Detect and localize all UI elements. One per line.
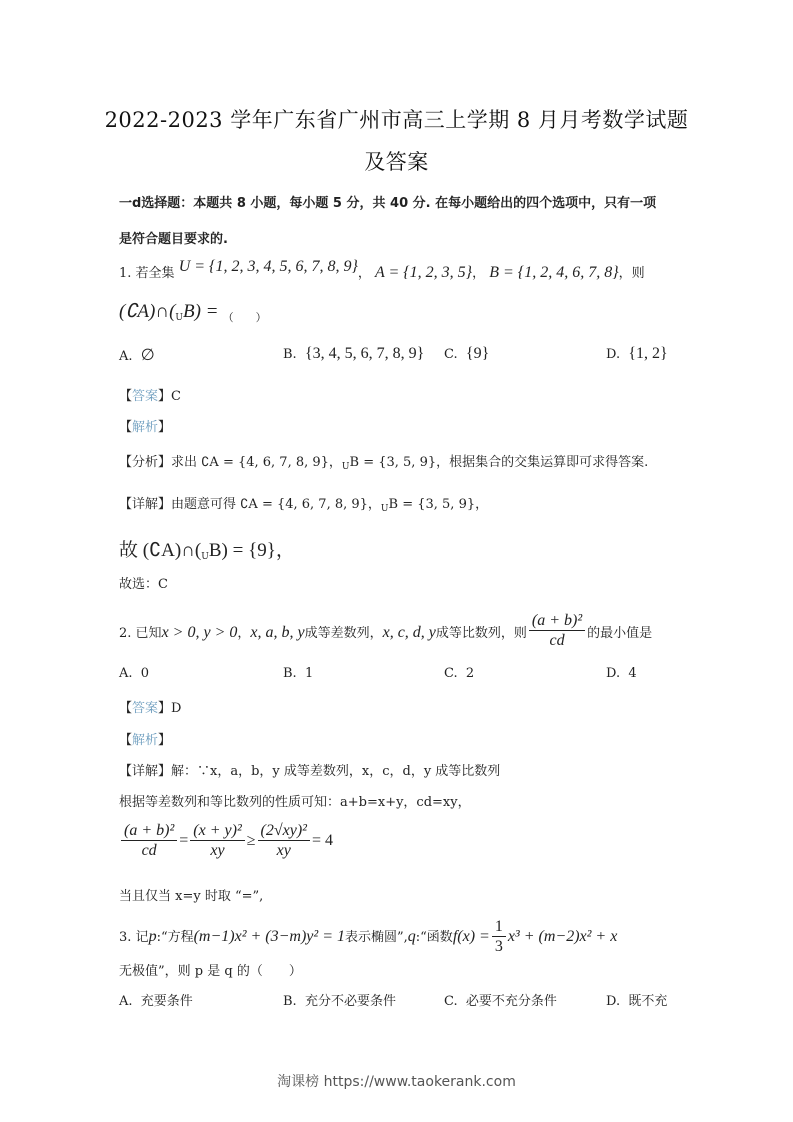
q2-analysis-header: 【解析】 [119,729,171,748]
q1-detail-label: 【详解】 [119,497,171,512]
q3-option-d: D. 既不充 [606,990,667,1009]
q1-option-c: C. {9} [444,345,489,363]
doc-title-line1: 2022-2023 学年广东省广州市高三上学期 8 月月考数学试题 [0,104,793,134]
q1-stem-line2: (∁A)∩(UB) = （ ） [119,300,267,323]
section-header-line2: 是符合题目要求的. [119,228,228,247]
q1-option-b: B. {3, 4, 5, 6, 7, 8, 9} [283,345,424,363]
q1-number: 1. [119,266,131,281]
q1-set-u: U = {1, 2, 3, 4, 5, 6, 7, 8, 9} [179,258,358,275]
q1-answer-label: 答案 [132,389,158,404]
q1-fenxi-label: 【分析】 [119,455,171,470]
q1-answer: 【答案】C [119,385,181,404]
footer-watermark: 淘课榜 https://www.taokerank.com [0,1071,793,1091]
doc-title-line2: 及答案 [0,146,793,176]
q2-answer: 【答案】D [119,697,181,716]
q1-set-a: A = {1, 2, 3, 5} [375,264,472,281]
q1-option-a: A. ∅ [119,345,155,365]
q1-stem-prefix: 若全集 [136,266,175,281]
q1-blank: （ ） [223,311,267,324]
q2-fraction: (a + b)²cd [529,612,585,651]
q2-equation: (a + b)²cd=(x + y)²xy≥(2√xy)²xy= 4 [119,822,333,861]
section-header-line1: 一d选择题：本题共 8 小题，每小题 5 分，共 40 分. 在每小题给出的四个… [119,192,656,211]
q2-option-c: C. 2 [444,666,474,681]
q2-equality-note: 当且仅当 x=y 时取 “=”, [119,885,263,904]
q1-answer-value: C [171,389,181,404]
q3-option-a: A. 充要条件 [119,990,193,1009]
q2-option-d: D. 4 [606,666,637,681]
q1-stem: 1. 若全集 U = {1, 2, 3, 4, 5, 6, 7, 8, 9}， … [119,262,645,282]
q1-option-d: D. {1, 2} [606,345,668,363]
exam-page: 2022-2023 学年广东省广州市高三上学期 8 月月考数学试题 及答案 一d… [0,0,793,1122]
q1-therefore: 故 (∁A)∩(UB) = {9}， [119,535,295,562]
q3-stem-line2: 无极值”，则 p 是 q 的（ ） [119,960,302,979]
q1-fenxi: 【分析】求出 ∁A = {4, 6, 7, 8, 9}，UB = {3, 5, … [119,451,648,472]
q3-stem: 3. 记p:“方程(m−1)x² + (3−m)y² = 1表示椭圆”,q:“函… [119,918,617,957]
q3-option-c: C. 必要不充分条件 [444,990,557,1009]
q2-option-b: B. 1 [283,666,313,681]
q2-detail-line2: 根据等差数列和等比数列的性质可知：a+b=x+y，cd=xy， [119,791,471,810]
q2-stem: 2. 已知x > 0, y > 0，x, a, b, y成等差数列，x, c, … [119,614,652,653]
q1-choose: 故选：C [119,573,168,592]
q2-option-a: A. 0 [119,666,149,681]
q1-expr-sub: U [175,313,183,323]
q1-expr-start: (∁A)∩( [119,301,175,322]
q1-detail: 【详解】由题意可得 ∁A = {4, 6, 7, 8, 9}，UB = {3, … [119,493,488,514]
q1-analysis-header: 【解析】 [119,416,171,435]
q2-detail: 【详解】解：∵x，a，b，y 成等差数列，x，c，d，y 成等比数列 [119,760,500,779]
q3-option-b: B. 充分不必要条件 [283,990,396,1009]
q1-stem-suffix: ，则 [619,266,645,281]
q1-analysis-label: 解析 [132,420,158,435]
q1-set-b: B = {1, 2, 4, 6, 7, 8} [489,264,618,281]
q1-expr-end: B) = [183,301,219,322]
